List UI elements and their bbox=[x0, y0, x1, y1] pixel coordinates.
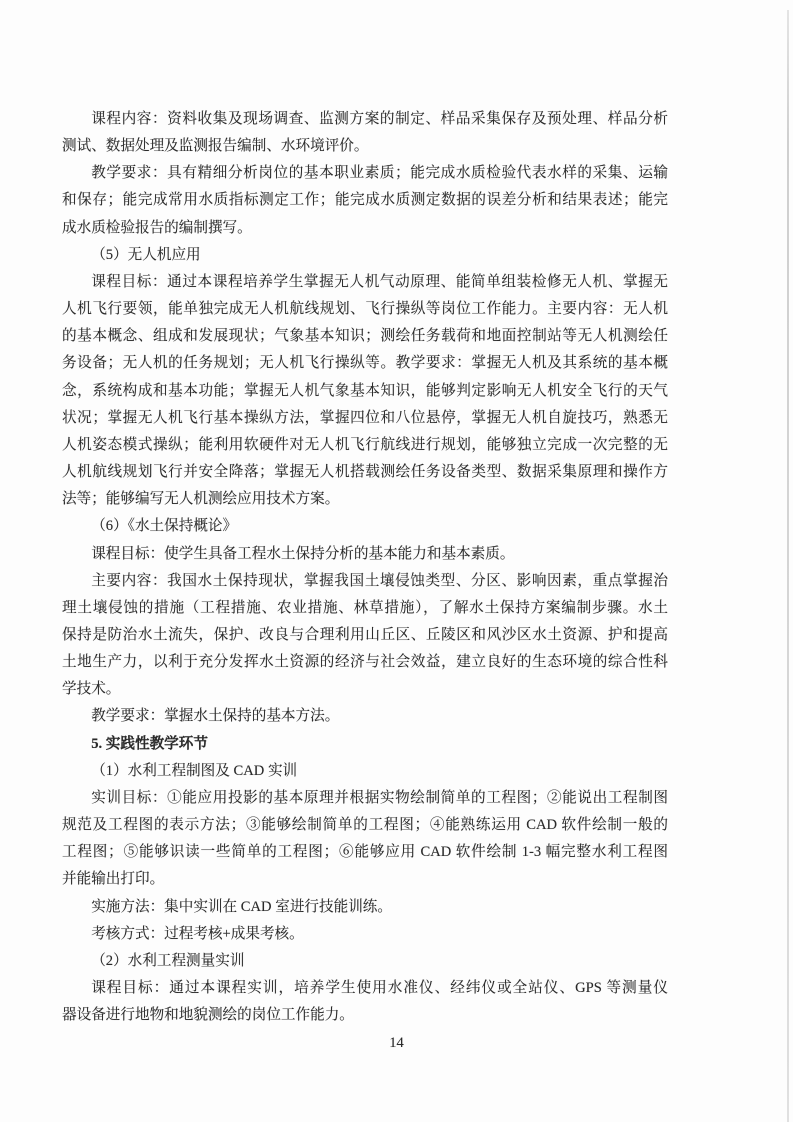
text-line: 学技术。 bbox=[62, 676, 668, 703]
section-heading-line: 5. 实践性教学环节 bbox=[62, 731, 668, 758]
text-line: 念，系统构成和基本功能；掌握无人机气象基本知识，能够判定影响无人机安全飞行的天气 bbox=[62, 378, 668, 405]
text-line: 的基本概念、组成和发展现状；气象基本知识；测绘任务载荷和地面控制站等无人机测绘任 bbox=[62, 323, 668, 350]
text-line: 实训目标：①能应用投影的基本原理并根据实物绘制简单的工程图；②能说出工程制图 bbox=[62, 785, 668, 812]
text-line: 保持是防治水土流失，保护、改良与合理利用山丘区、丘陵区和风沙区水土资源、护和提高 bbox=[62, 622, 668, 649]
text-line: 并能输出打印。 bbox=[62, 866, 668, 893]
text-line: （5）无人机应用 bbox=[62, 242, 668, 269]
text-line: 规范及工程图的表示方法；③能够绘制简单的工程图；④能熟练运用 CAD 软件绘制一… bbox=[62, 812, 668, 839]
text-line: 教学要求：具有精细分析岗位的基本职业素质；能完成水质检验代表水样的采集、运输 bbox=[62, 160, 668, 187]
text-line: 测试、数据处理及监测报告编制、水环境评价。 bbox=[62, 133, 668, 160]
text-line: 课程目标：通过本课程实训，培养学生使用水准仪、经纬仪或全站仪、GPS 等测量仪 bbox=[62, 975, 668, 1002]
text-line: 人机航线规划飞行并安全降落；掌握无人机搭载测绘任务设备类型、数据采集原理和操作方 bbox=[62, 459, 668, 486]
text-line: （1）水利工程制图及 CAD 实训 bbox=[62, 758, 668, 785]
text-line: 教学要求：掌握水土保持的基本方法。 bbox=[62, 703, 668, 730]
text-line: 考核方式：过程考核+成果考核。 bbox=[62, 921, 668, 948]
text-line: 人机飞行要领，能单独完成无人机航线规划、飞行操纵等岗位工作能力。主要内容：无人机 bbox=[62, 296, 668, 323]
text-line: 课程内容：资料收集及现场调查、监测方案的制定、样品采集保存及预处理、样品分析 bbox=[62, 106, 668, 133]
scan-edge-line bbox=[787, 10, 789, 1122]
text-line: 土地生产力，以利于充分发挥水土资源的经济与社会效益，建立良好的生态环境的综合性科 bbox=[62, 649, 668, 676]
text-line: 器设备进行地物和地貌测绘的岗位工作能力。 bbox=[62, 1002, 668, 1029]
text-line: 课程目标：通过本课程培养学生掌握无人机气动原理、能简单组装检修无人机、掌握无 bbox=[62, 269, 668, 296]
body-text: 课程内容：资料收集及现场调查、监测方案的制定、样品采集保存及预处理、样品分析测试… bbox=[62, 106, 668, 1029]
text-line: 理土壤侵蚀的措施（工程措施、农业措施、林草措施），了解水土保持方案编制步骤。水土 bbox=[62, 595, 668, 622]
text-line: 工程图；⑤能够识读一些简单的工程图；⑥能够应用 CAD 软件绘制 1-3 幅完整… bbox=[62, 839, 668, 866]
text-line: 人机姿态模式操纵；能利用软硬件对无人机飞行航线进行规划，能够独立完成一次完整的无 bbox=[62, 432, 668, 459]
page-number: 14 bbox=[0, 1032, 793, 1054]
text-line: 状况；掌握无人机飞行基本操纵方法，掌握四位和八位悬停，掌握无人机自旋技巧，熟悉无 bbox=[62, 405, 668, 432]
text-line: 务设备；无人机的任务规划；无人机飞行操纵等。教学要求：掌握无人机及其系统的基本概 bbox=[62, 350, 668, 377]
text-line: 和保存；能完成常用水质指标测定工作；能完成水质测定数据的误差分析和结果表述；能完 bbox=[62, 187, 668, 214]
text-line: 主要内容：我国水土保持现状，掌握我国土壤侵蚀类型、分区、影响因素，重点掌握治 bbox=[62, 568, 668, 595]
text-line: （2）水利工程测量实训 bbox=[62, 948, 668, 975]
text-line: （6）《水土保持概论》 bbox=[62, 513, 668, 540]
document-page: 课程内容：资料收集及现场调查、监测方案的制定、样品采集保存及预处理、样品分析测试… bbox=[0, 0, 793, 1122]
text-line: 实施方法：集中实训在 CAD 室进行技能训练。 bbox=[62, 894, 668, 921]
text-line: 成水质检验报告的编制撰写。 bbox=[62, 215, 668, 242]
text-line: 课程目标：使学生具备工程水土保持分析的基本能力和基本素质。 bbox=[62, 541, 668, 568]
text-line: 法等；能够编写无人机测绘应用技术方案。 bbox=[62, 486, 668, 513]
